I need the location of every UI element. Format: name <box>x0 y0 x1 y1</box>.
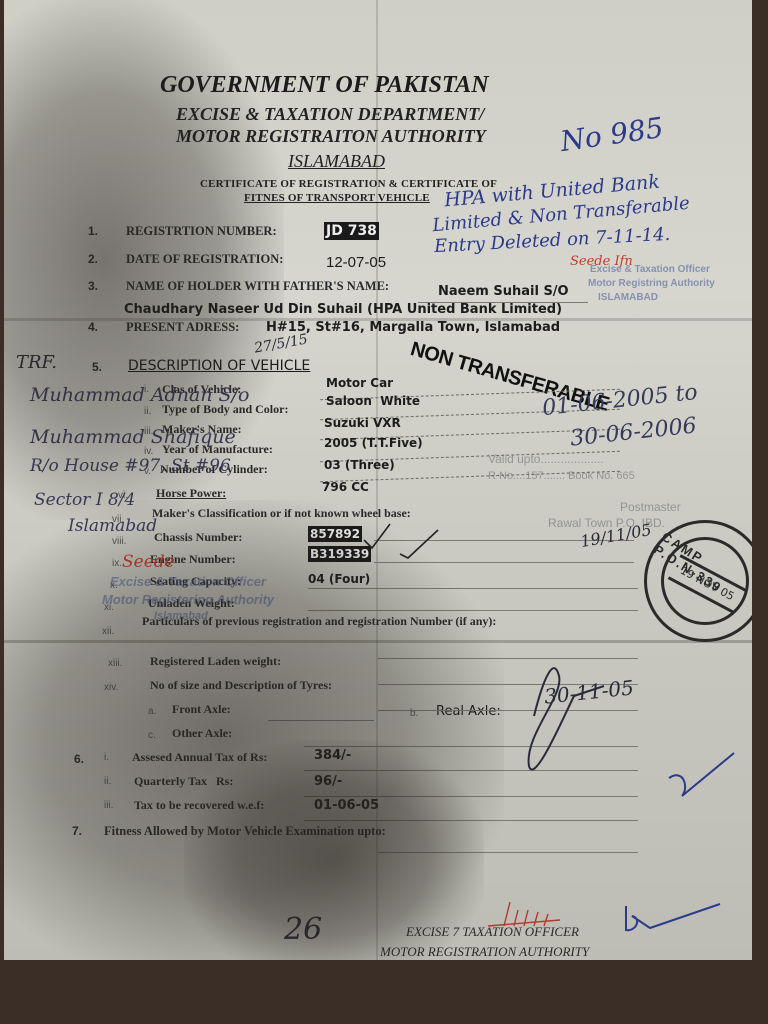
other-axle-letter: c. <box>148 730 156 741</box>
rule <box>268 720 374 721</box>
transfer-address-line-1: R/o House #97, St #96 <box>30 456 231 476</box>
quarterly-tax-value: 96/- <box>314 774 342 789</box>
bottom-officer-stamp-line-1: Excise & Taxation Officer <box>110 574 266 589</box>
officer-stamp-line-1: Excise & Taxation Officer <box>590 264 710 275</box>
item-ii-roman: ii. <box>144 406 151 417</box>
present-address-label: PRESENT ADRESS: <box>126 320 239 335</box>
footer-authority: MOTOR REGISTRATION AUTHORITY <box>380 944 589 960</box>
annual-tax-label: Assesed Annual Tax of Rs: <box>132 750 267 765</box>
blue-signature-footer <box>620 900 730 940</box>
department-line-2: MOTOR REGISTRAITON AUTHORITY <box>176 126 486 147</box>
front-axle-letter: a. <box>148 706 156 717</box>
officer-stamp-line-3: ISLAMABAD <box>598 292 658 303</box>
postmark-stamp: CAMP P.O.N-339 19 NOV 05 <box>644 520 752 642</box>
makers-name-value: Suzuki VXR <box>324 416 401 430</box>
rule <box>374 562 634 563</box>
annual-tax-value: 384/- <box>314 748 351 763</box>
item-ix-roman: ix. <box>112 558 122 569</box>
fitness-label: Fitness Allowed by Motor Vehicle Examina… <box>104 824 386 839</box>
transfer-address-line-2: Sector I 8/4 <box>34 490 135 510</box>
certificate-line-2: FITNES OF TRANSPORT VEHICLE <box>244 192 430 204</box>
rear-axle-label: Real Axle: <box>436 704 501 719</box>
transfer-address-line-3: Islamabad <box>68 516 157 536</box>
horse-power-label: Horse Power: <box>156 486 226 501</box>
quarterly-tax-label: Quarterly Tax Rs: <box>134 774 233 789</box>
chassis-number-label: Chassis Number: <box>154 530 242 545</box>
rule <box>304 820 638 821</box>
red-initials-bottom: Seede <box>122 552 175 572</box>
holder-name-value-line-1: Naeem Suhail S/O <box>438 284 569 299</box>
field-1-index: 1. <box>88 224 98 238</box>
field-7-index: 7. <box>72 824 82 838</box>
other-axle-label: Other Axle: <box>172 726 232 741</box>
transfer-name-line-2: Muhammad Shafique <box>30 426 236 448</box>
tax-iii-roman: iii. <box>104 800 113 811</box>
valid-upto-label: Valid upto................... <box>488 452 604 466</box>
field-2-index: 2. <box>88 252 98 266</box>
item-xii-roman: xii. <box>102 626 114 637</box>
rule <box>308 588 638 589</box>
tyres-description-label: No of size and Description of Tyres: <box>150 678 332 693</box>
city-heading: ISLAMABAD <box>288 151 385 172</box>
check-marks <box>360 520 440 560</box>
year-of-manufacture-value: 2005 (T.T.Five) <box>324 436 423 450</box>
rule <box>378 852 638 853</box>
handwritten-file-number: No 985 <box>558 111 665 158</box>
fold-crease-horizontal-lower <box>4 640 752 643</box>
date-of-registration-value: 12-07-05 <box>326 254 386 271</box>
department-line-1: EXCISE & TAXATION DEPARTMENT/ <box>176 104 484 125</box>
present-address-value: H#15, St#16, Margalla Town, Islamabad <box>266 320 560 335</box>
class-of-vehicle-value: Motor Car <box>326 376 393 390</box>
registration-number-value: JD 738 <box>324 222 379 240</box>
registration-certificate: GOVERNMENT OF PAKISTAN EXCISE & TAXATION… <box>4 0 752 960</box>
field-6-index: 6. <box>74 752 84 766</box>
item-xiv-roman: xiv. <box>104 682 118 693</box>
vehicle-description-heading: DESCRIPTION OF VEHICLE <box>128 358 310 374</box>
officer-stamp-line-2: Motor Registring Authority <box>588 278 715 289</box>
field-3-index: 3. <box>88 279 98 293</box>
red-signature-footer <box>484 896 564 936</box>
item-viii-roman: viii. <box>112 536 126 547</box>
examiner-signature <box>504 656 624 786</box>
tax-recovered-value: 01-06-05 <box>314 798 379 813</box>
chassis-number-value: 857892 <box>308 526 362 542</box>
holder-name-label: NAME OF HOLDER WITH FATHER'S NAME: <box>126 279 389 294</box>
rule <box>304 796 638 797</box>
tax-i-roman: i. <box>104 752 109 763</box>
trf-note: TRF. <box>16 352 57 373</box>
transfer-name-line-1: Muhammad Adnan S/o <box>30 384 249 406</box>
bottom-officer-stamp-line-3: Islamabad <box>154 610 208 622</box>
bottom-officer-stamp-line-2: Motor Registering Authority <box>102 592 274 607</box>
item-xiii-roman: xiii. <box>108 658 122 669</box>
handwritten-number-footer: 26 <box>284 912 322 947</box>
cylinders-value: 03 (Three) <box>324 458 395 472</box>
tax-ii-roman: ii. <box>104 776 111 787</box>
rule <box>308 610 638 611</box>
postmaster-label: Postmaster <box>620 500 681 514</box>
seating-capacity-value: 04 (Four) <box>308 572 370 586</box>
registration-number-label: REGISTRTION NUMBER: <box>126 224 277 239</box>
makers-classification-label: Maker's Classification or if not known w… <box>152 506 411 521</box>
validity-hand-line-2: 30-06-2006 <box>569 413 698 451</box>
trf-date: 27/5/15 <box>253 331 309 356</box>
holder-name-value-line-2: Chaudhary Naseer Ud Din Suhail (HPA Unit… <box>124 302 562 317</box>
horse-power-value: 796 CC <box>322 480 369 494</box>
postmark-date: 19 NOV 05 <box>668 554 746 613</box>
doc-title: GOVERNMENT OF PAKISTAN <box>160 72 489 99</box>
receipt-number-label: R No....157....... Book No. 665 <box>488 470 635 482</box>
body-color-value: Saloon White <box>326 394 420 408</box>
shadow-bottom-left <box>4 500 504 960</box>
front-axle-label: Front Axle: <box>172 702 231 717</box>
postmark-inner-ring: 19 NOV 05 <box>661 537 749 625</box>
tick-mark <box>664 748 744 798</box>
field-5-index: 5. <box>92 360 102 374</box>
tax-recovered-label: Tax to be recovered w.e.f: <box>134 798 264 813</box>
field-4-index: 4. <box>88 320 98 334</box>
date-of-registration-label: DATE OF REGISTRATION: <box>126 252 283 267</box>
laden-weight-label: Registered Laden weight: <box>150 654 281 669</box>
